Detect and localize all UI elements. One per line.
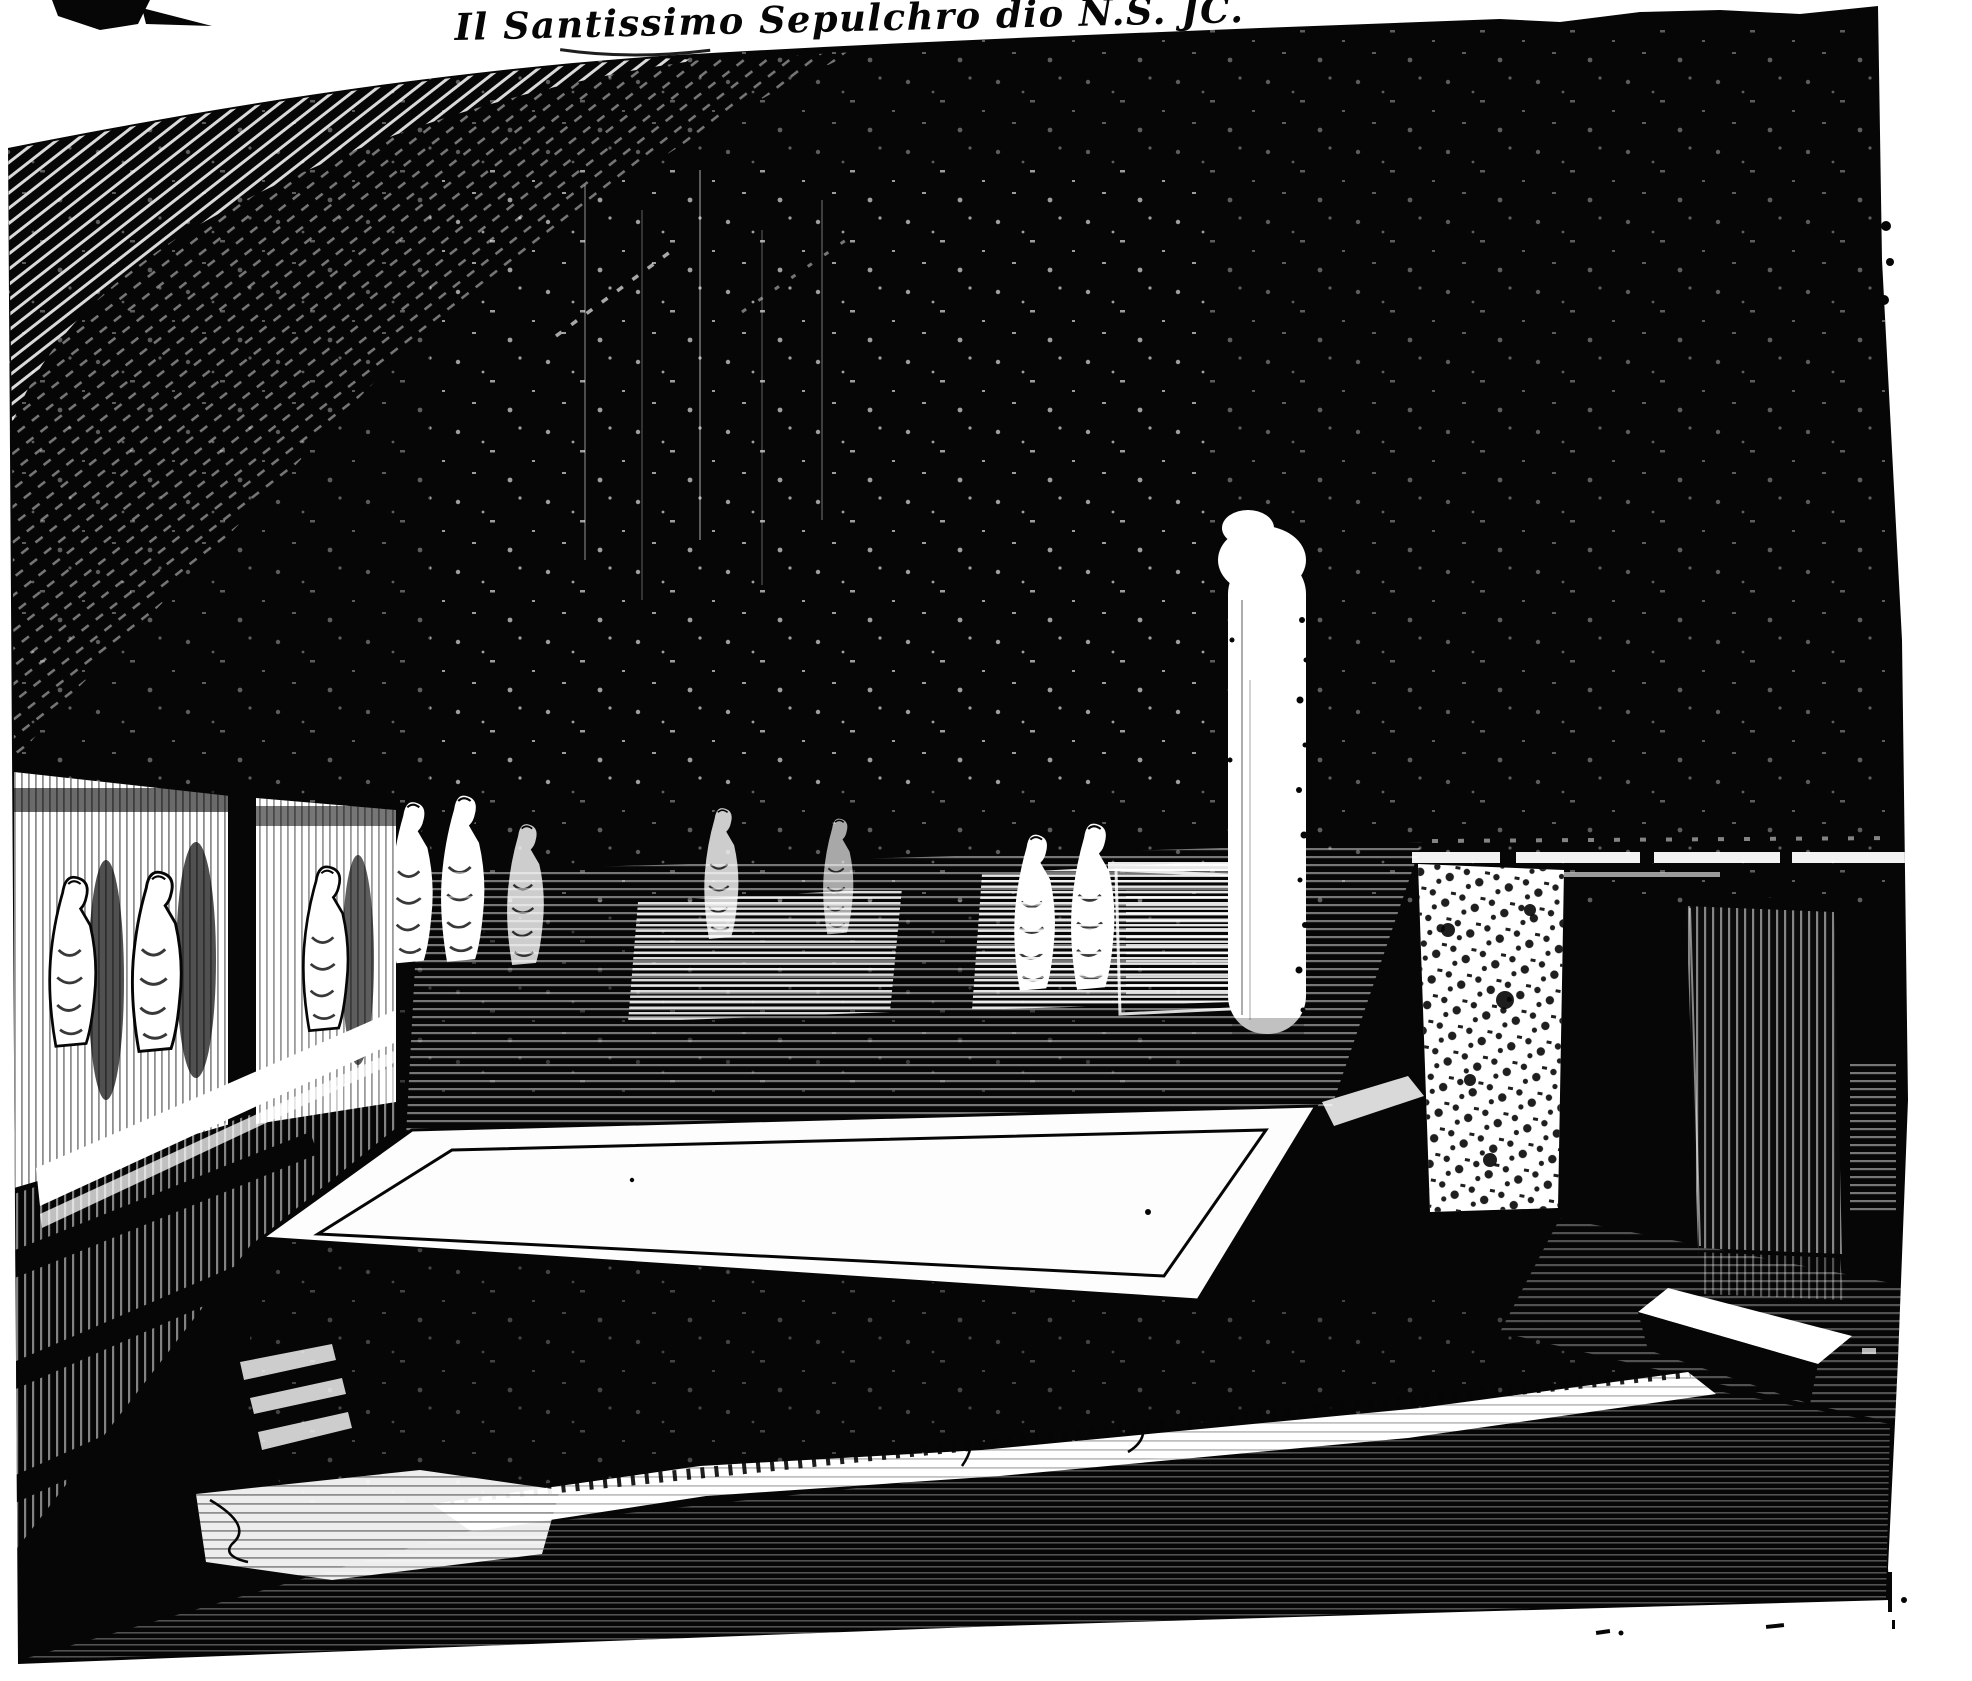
corner-mark — [52, 0, 212, 30]
scanned-engraving-page: Il Santissimo Sepulchro dio N.S. JC. — [0, 0, 1972, 1681]
engraving-canvas: Il Santissimo Sepulchro dio N.S. JC. — [0, 0, 1972, 1681]
doorway — [1686, 898, 1844, 1300]
bright-column — [1218, 510, 1309, 1040]
speckled-pier — [1418, 864, 1564, 1212]
